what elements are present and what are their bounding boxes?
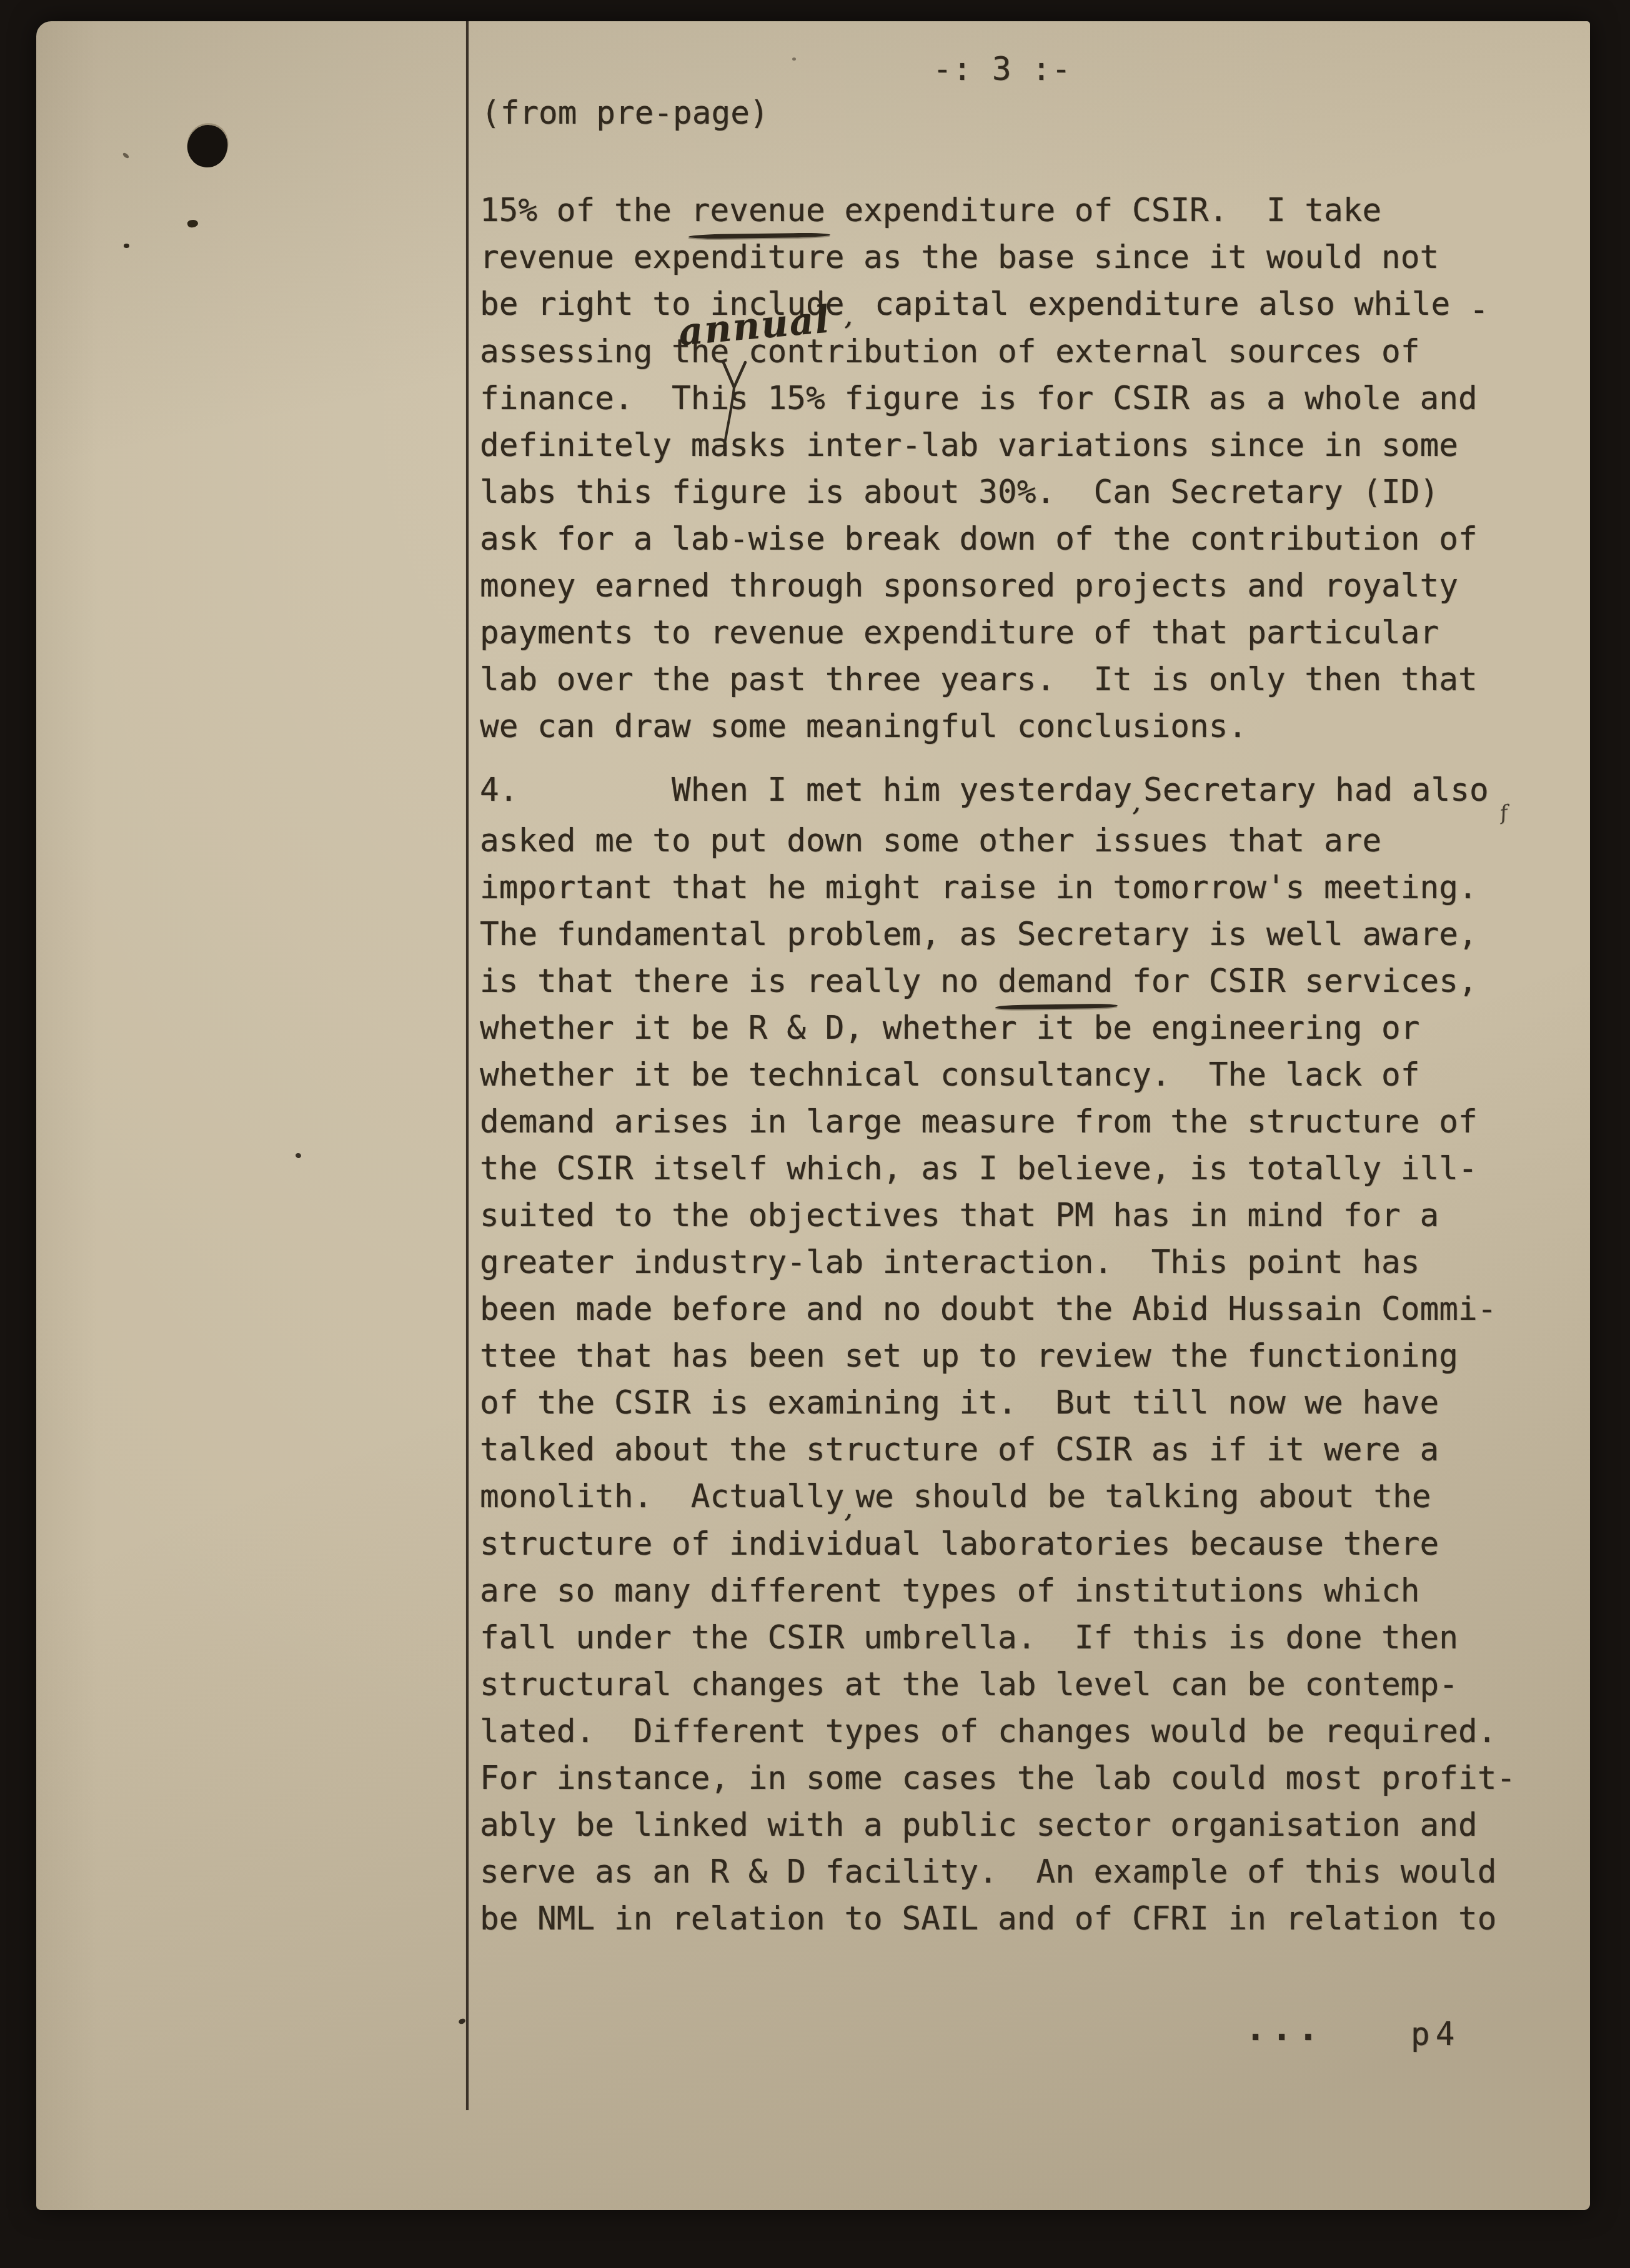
paragraph-4-text: we should be talking about the structure… <box>480 1478 1516 1938</box>
paragraph-4: 4. When I met him yesterday,Secretary ha… <box>480 767 1579 1943</box>
caret-insertion-icon <box>720 359 750 452</box>
footer-next-page-label: p4 <box>1411 2019 1460 2051</box>
paragraph-4-text: for CSIR services, whether it be R & D, … <box>480 963 1496 1515</box>
paper-speck <box>792 57 796 61</box>
continuation-from-note: (from pre-page) <box>481 97 769 129</box>
margin-rule-line <box>466 21 469 2110</box>
punch-hole <box>185 122 231 170</box>
underlined-word-revenue: revenue <box>691 192 825 229</box>
paragraph-3: 15% of the revenue expenditure of CSIR. … <box>480 187 1579 750</box>
handwritten-stray-mark: f <box>1496 790 1510 837</box>
paper-speck <box>458 2018 466 2025</box>
footer-continuation-dots: ... <box>1245 2011 1324 2046</box>
paper-speck <box>124 244 129 248</box>
paragraph-3-text: 15% of the <box>480 192 691 229</box>
paragraph-3-text: assessing the contribution of external s… <box>480 334 1478 745</box>
paragraph-3-text: capital expenditure also while <box>855 286 1469 323</box>
scan-background: -: 3 :- (from pre-page) 15% of the reven… <box>0 0 1630 2268</box>
paragraph-4-text: Secretary had also <box>1143 772 1489 809</box>
underlined-word-demand: demand <box>998 963 1113 1000</box>
page-number-header: -: 3 :- <box>933 54 1071 86</box>
paper-speck <box>187 219 199 228</box>
paragraph-4-text: 4. When I met him yesterday <box>480 772 1132 809</box>
handwritten-dash: - <box>1469 287 1489 334</box>
paper-speck <box>295 1152 302 1159</box>
paper-speck <box>122 152 129 159</box>
document-page: -: 3 :- (from pre-page) 15% of the reven… <box>36 21 1590 2210</box>
